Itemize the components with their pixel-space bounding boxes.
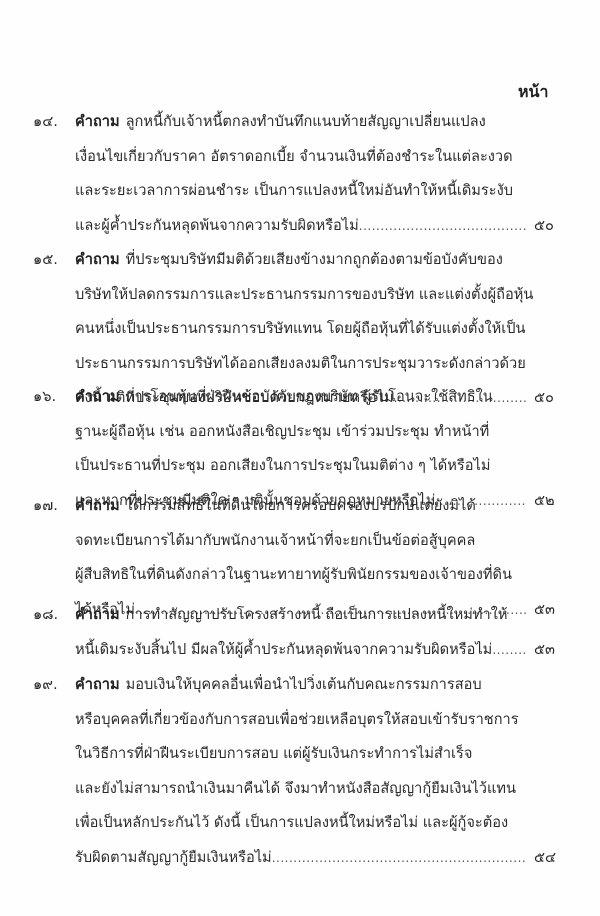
entry-first-line: คำถามลูกหนี้กับเจ้าหนี้ตกลงทำบันทึกแนบท้…: [75, 105, 486, 140]
entry-line: ๑๗. คำถามได้กรรมสิทธิ์ในที่ดินโดยการครอบ…: [0, 489, 600, 524]
document-page: หน้า ๑๔. คำถามลูกหนี้กับเจ้าหนี้ตกลงทำบั…: [0, 0, 600, 916]
question-label: คำถาม: [75, 251, 120, 268]
question-label: คำถาม: [75, 113, 120, 130]
entry-text: การทำสัญญาปรับโครงสร้างหนี้ ถือเป็นการแป…: [126, 606, 508, 623]
entry-text: ได้กรรมสิทธิ์ในที่ดินโดยการครอบครองปรปัก…: [126, 497, 476, 514]
question-label: คำถาม: [75, 606, 120, 623]
entry-text: เพื่อเป็นหลักประกันไว้ ดังนี้ เป็นการแปล…: [75, 806, 508, 841]
entry-line: ๑๘. คำถามการทำสัญญาปรับโครงสร้างหนี้ ถือ…: [0, 598, 600, 633]
entry-text: ผู้สืบสิทธิในที่ดินดังกล่าวในฐานะทายาทผู…: [75, 558, 512, 593]
entry-text: มอบเงินให้บุคคลอื่นเพื่อนำไปวิ่งเต้นกับค…: [126, 676, 482, 693]
question-label: คำถาม: [75, 388, 120, 405]
entry-line: ในวิธีการที่ฝ่าฝืนระเบียบการสอบ แต่ผู้รั…: [0, 737, 600, 772]
entry-text: หนี้เดิมระงับสิ้นไป มีผลให้ผู้ค้ำประกันห…: [75, 633, 492, 668]
entry-text: ในวิธีการที่ฝ่าฝืนระเบียบการสอบ แต่ผู้รั…: [75, 737, 472, 772]
entry-text: และผู้ค้ำประกันหลุดพ้นจากความรับผิดหรือไ…: [75, 209, 359, 244]
leader-row: และผู้ค้ำประกันหลุดพ้นจากความรับผิดหรือไ…: [75, 209, 527, 244]
entry-text: จดทะเบียนการได้มากับพนักงานเจ้าหน้าที่จะ…: [75, 524, 475, 559]
entry-text: รับผิดตามสัญญากู้ยืมเงินหรือไม่: [75, 841, 272, 876]
entry-line: ฐานะผู้ถือหุ้น เช่น ออกหนังสือเชิญประชุม…: [0, 415, 600, 450]
leader-row: รับผิดตามสัญญากู้ยืมเงินหรือไม่ ........…: [75, 841, 527, 876]
question-number: ๑๔.: [33, 105, 58, 140]
entry-first-line: คำถามได้กรรมสิทธิ์ในที่ดินโดยการครอบครอง…: [75, 489, 476, 524]
entry-line: และผู้ค้ำประกันหลุดพ้นจากความรับผิดหรือไ…: [0, 209, 600, 244]
question-number: ๑๘.: [33, 598, 58, 633]
entry-line: ๑๔. คำถามลูกหนี้กับเจ้าหนี้ตกลงทำบันทึกแ…: [0, 105, 600, 140]
entry-line: ๑๕. คำถามที่ประชุมบริษัทมีมติด้วยเสียงข้…: [0, 243, 600, 278]
entry-line: และระยะเวลาการผ่อนชำระ เป็นการแปลงหนี้ให…: [0, 174, 600, 209]
entry-text: ลูกหนี้กับเจ้าหนี้ตกลงทำบันทึกแนบท้ายสัญ…: [126, 113, 486, 130]
question-label: คำถาม: [75, 497, 120, 514]
entry-line: บริษัทให้ปลดกรรมการและประธานกรรมการของบร…: [0, 278, 600, 313]
entry-line: จดทะเบียนการได้มากับพนักงานเจ้าหน้าที่จะ…: [0, 524, 600, 559]
question-number: ๑๗.: [33, 489, 58, 524]
entry-line: ประธานกรรมการบริษัทได้ออกเสียงลงมติในการ…: [0, 347, 600, 382]
entry-line: เพื่อเป็นหลักประกันไว้ ดังนี้ เป็นการแปล…: [0, 806, 600, 841]
entry-text: และระยะเวลาการผ่อนชำระ เป็นการแปลงหนี้ให…: [75, 174, 513, 209]
leader-row: หนี้เดิมระงับสิ้นไป มีผลให้ผู้ค้ำประกันห…: [75, 633, 527, 668]
entry-first-line: คำถามมอบเงินให้บุคคลอื่นเพื่อนำไปวิ่งเต้…: [75, 668, 482, 703]
entry-text: ที่ประชุมบริษัทมีมติด้วยเสียงข้างมากถูกต…: [126, 251, 503, 268]
question-label: คำถาม: [75, 676, 120, 693]
entry-first-line: คำถามการโอนหุ้นที่ฝ่าฝืนข้อบังคับของบริษ…: [75, 380, 493, 415]
entry-line: ๑๖. คำถามการโอนหุ้นที่ฝ่าฝืนข้อบังคับของ…: [0, 380, 600, 415]
page-number: ๕๔: [534, 841, 556, 876]
entry-line: เป็นประธานที่ประชุม ออกเสียงในการประชุมใ…: [0, 449, 600, 484]
entry-line: หรือบุคคลที่เกี่ยวข้องกับการสอบเพื่อช่วย…: [0, 703, 600, 738]
toc-entry-19: ๑๙. คำถามมอบเงินให้บุคคลอื่นเพื่อนำไปวิ่…: [0, 668, 600, 875]
toc-entry-18: ๑๘. คำถามการทำสัญญาปรับโครงสร้างหนี้ ถือ…: [0, 598, 600, 667]
entry-text: และยังไม่สามารถนำเงินมาคืนได้ จึงมาทำหนั…: [75, 772, 516, 807]
entry-line: รับผิดตามสัญญากู้ยืมเงินหรือไม่ ........…: [0, 841, 600, 876]
entry-text: เป็นประธานที่ประชุม ออกเสียงในการประชุมใ…: [75, 449, 490, 484]
page-column-header: หน้า: [518, 80, 548, 104]
entry-text: ประธานกรรมการบริษัทได้ออกเสียงลงมติในการ…: [75, 347, 526, 382]
entry-text: คนหนึ่งเป็นประธานกรรมการบริษัทแทน โดยผู้…: [75, 312, 525, 347]
entry-text: เงื่อนไขเกี่ยวกับราคา อัตราดอกเบี้ย จำนว…: [75, 140, 513, 175]
entry-line: หนี้เดิมระงับสิ้นไป มีผลให้ผู้ค้ำประกันห…: [0, 633, 600, 668]
question-number: ๑๙.: [33, 668, 58, 703]
dot-leader: ........................................…: [359, 209, 527, 244]
entry-text: บริษัทให้ปลดกรรมการและประธานกรรมการของบร…: [75, 278, 533, 313]
entry-text: ฐานะผู้ถือหุ้น เช่น ออกหนังสือเชิญประชุม…: [75, 415, 489, 450]
entry-text: การโอนหุ้นที่ฝ่าฝืนข้อบังคับของบริษัท ผู…: [126, 388, 493, 405]
entry-line: ๑๙. คำถามมอบเงินให้บุคคลอื่นเพื่อนำไปวิ่…: [0, 668, 600, 703]
entry-text: หรือบุคคลที่เกี่ยวข้องกับการสอบเพื่อช่วย…: [75, 703, 519, 738]
question-number: ๑๕.: [33, 243, 58, 278]
dot-leader: ........................................…: [272, 841, 527, 876]
entry-first-line: คำถามการทำสัญญาปรับโครงสร้างหนี้ ถือเป็น…: [75, 598, 507, 633]
entry-line: เงื่อนไขเกี่ยวกับราคา อัตราดอกเบี้ย จำนว…: [0, 140, 600, 175]
question-number: ๑๖.: [33, 380, 56, 415]
toc-entry-14: ๑๔. คำถามลูกหนี้กับเจ้าหนี้ตกลงทำบันทึกแ…: [0, 105, 600, 243]
entry-line: ผู้สืบสิทธิในที่ดินดังกล่าวในฐานะทายาทผู…: [0, 558, 600, 593]
entry-line: คนหนึ่งเป็นประธานกรรมการบริษัทแทน โดยผู้…: [0, 312, 600, 347]
entry-first-line: คำถามที่ประชุมบริษัทมีมติด้วยเสียงข้างมา…: [75, 243, 503, 278]
dot-leader: ........................................…: [492, 633, 527, 668]
page-number: ๕๐: [534, 209, 554, 244]
page-number: ๕๓: [534, 633, 555, 668]
entry-line: และยังไม่สามารถนำเงินมาคืนได้ จึงมาทำหนั…: [0, 772, 600, 807]
